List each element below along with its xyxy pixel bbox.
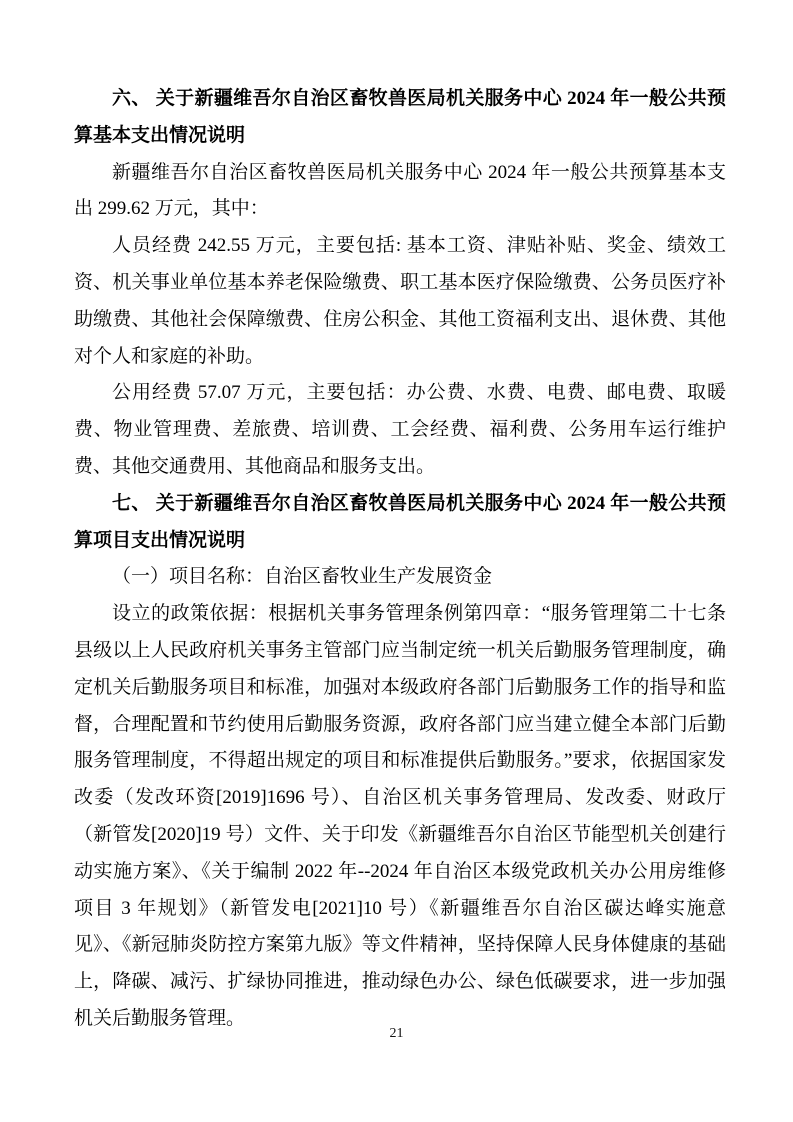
section-heading: 六、 关于新疆维吾尔自治区畜牧兽医局机关服务中心 2024 年一般公共预算基本支… (74, 81, 726, 155)
paragraph: 人员经费 242.55 万元，主要包括: 基本工资、津贴补贴、奖金、绩效工资、机… (74, 228, 726, 375)
paragraph: 公用经费 57.07 万元，主要包括：办公费、水费、电费、邮电费、取暖费、物业管… (74, 375, 726, 485)
paragraph: 设立的政策依据：根据机关事务管理条例第四章：“服务管理第二十七条县级以上人民政府… (74, 596, 726, 1038)
document-content: 六、 关于新疆维吾尔自治区畜牧兽医局机关服务中心 2024 年一般公共预算基本支… (74, 81, 726, 1038)
section-heading: 七、 关于新疆维吾尔自治区畜牧兽医局机关服务中心 2024 年一般公共预算项目支… (74, 486, 726, 560)
paragraph: 新疆维吾尔自治区畜牧兽医局机关服务中心 2024 年一般公共预算基本支出 299… (74, 155, 726, 229)
paragraph: （一）项目名称：自治区畜牧业生产发展资金 (74, 559, 726, 596)
page-number: 21 (0, 1026, 793, 1042)
document-page: 六、 关于新疆维吾尔自治区畜牧兽医局机关服务中心 2024 年一般公共预算基本支… (0, 0, 793, 1122)
